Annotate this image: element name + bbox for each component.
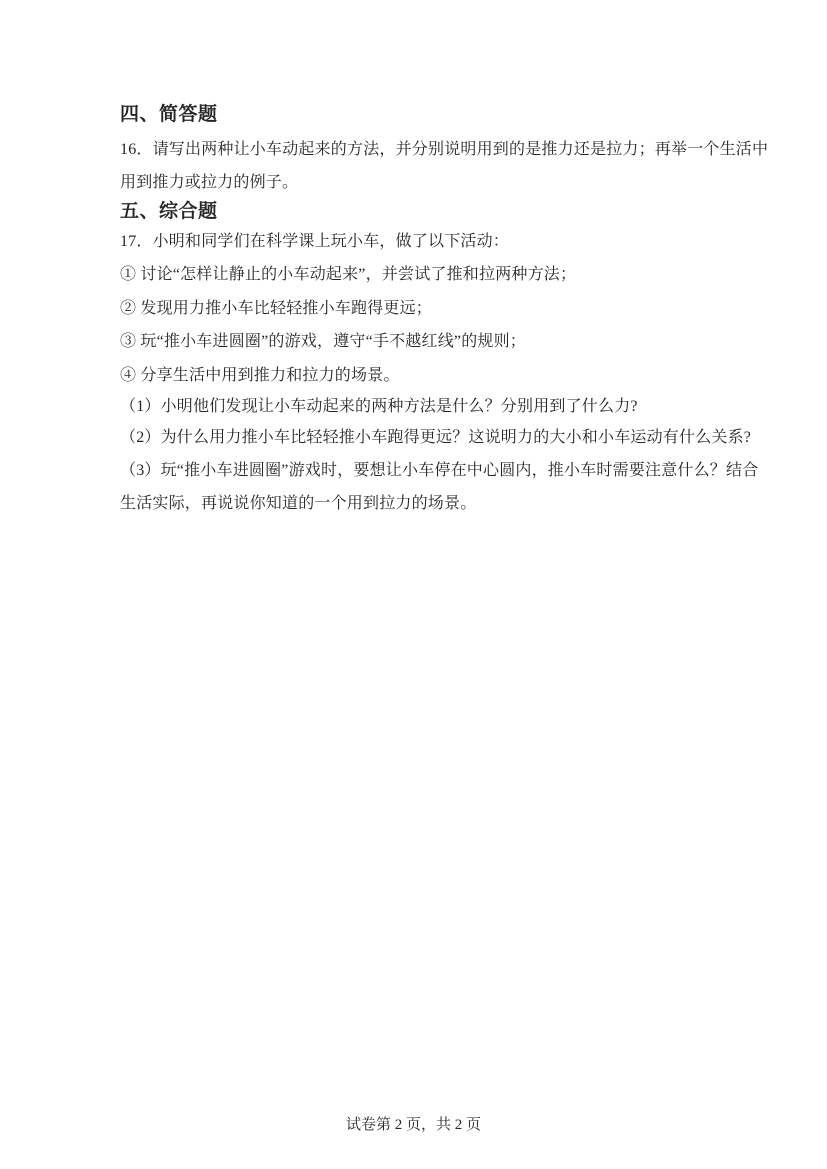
section-heading-short-answer: 四、简答题 — [120, 103, 720, 126]
question-17-activity-2: ② 发现用力推小车比轻轻推小车跑得更远； — [120, 299, 720, 319]
question-17-sub3-line1: （3）玩“推小车进圆圈”游戏时，要想让小车停在中心圆内，推小车时需要注意什么？结… — [120, 461, 720, 481]
page-number-footer: 试卷第 2 页，共 2 页 — [0, 1116, 827, 1134]
question-17-activity-4: ④ 分享生活中用到推力和拉力的场景。 — [120, 366, 720, 386]
question-17-sub3-line2: 生活实际，再说说你知道的一个用到拉力的场景。 — [120, 494, 720, 514]
question-17-activity-3: ③ 玩“推小车进圆圈”的游戏，遵守“手不越红线”的规则； — [120, 332, 720, 352]
exam-paper-page: 四、简答题 16．请写出两种让小车动起来的方法，并分别说明用到的是推力还是拉力；… — [0, 0, 827, 1169]
question-16-line1: 16．请写出两种让小车动起来的方法，并分别说明用到的是推力还是拉力；再举一个生活… — [120, 140, 720, 160]
section-heading-comprehensive: 五、综合题 — [120, 200, 720, 223]
question-17-sub2: （2）为什么用力推小车比轻轻推小车跑得更远？这说明力的大小和小车运动有什么关系? — [120, 428, 720, 448]
question-16-line2: 用到推力或拉力的例子。 — [120, 173, 720, 193]
question-17-intro: 17．小明和同学们在科学课上玩小车，做了以下活动： — [120, 232, 720, 252]
question-17-sub1: （1）小明他们发现让小车动起来的两种方法是什么？分别用到了什么力? — [120, 397, 720, 417]
question-17-activity-1: ① 讨论“怎样让静止的小车动起来”，并尝试了推和拉两种方法； — [120, 265, 720, 285]
